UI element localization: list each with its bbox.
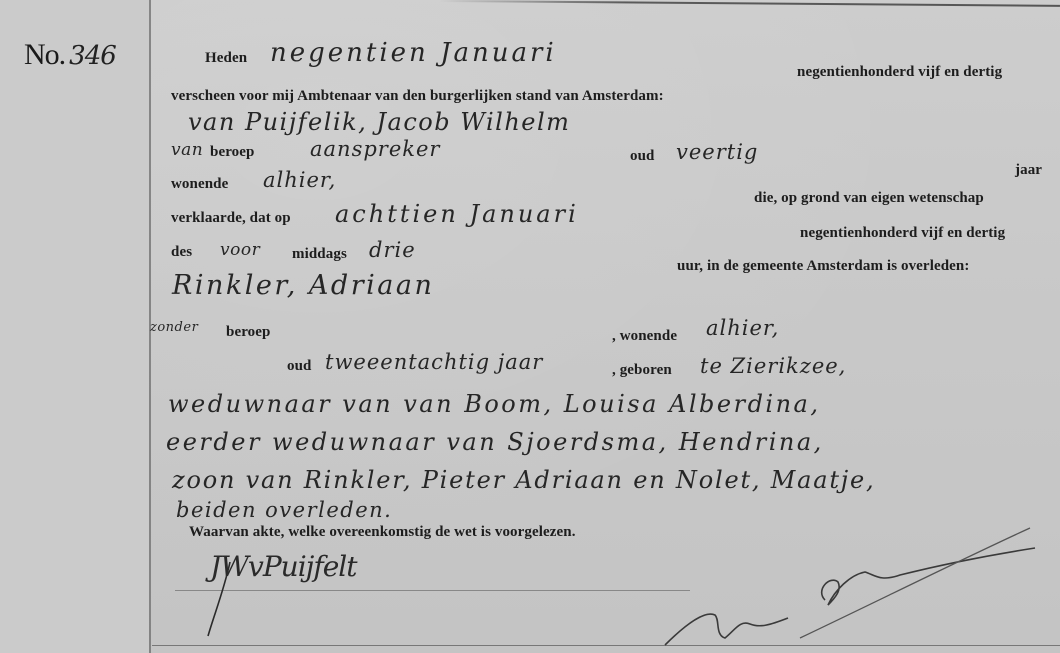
handwritten-registration-date: negentien Januari (270, 38, 557, 68)
registrar-signature-icon (660, 520, 1060, 650)
printed-beroep-2: beroep (226, 324, 271, 341)
handwritten-occupation: aanspreker (310, 137, 440, 161)
left-margin-column (0, 0, 149, 653)
printed-year-1: negentienhonderd vijf en dertig (797, 64, 1002, 81)
handwritten-declarant-age: veertig (676, 140, 758, 164)
act-number-label: No. (24, 38, 65, 71)
handwritten-previously-widower-of: eerder weduwnaar van Sjoerdsma, Hendrina… (166, 428, 824, 456)
handwritten-deceased-residence: alhier, (706, 316, 779, 340)
printed-appearance-clause: verscheen voor mij Ambtenaar van den bur… (171, 88, 664, 105)
handwritten-deceased-name: Rinkler, Adriaan (172, 270, 434, 301)
handwritten-son-of: zoon van Rinkler, Pieter Adriaan en Nole… (172, 466, 875, 494)
signature-flourish-icon (200, 560, 240, 640)
printed-beroep: beroep (210, 144, 255, 161)
printed-heden: Heden (205, 50, 247, 67)
handwritten-both-deceased: beiden overleden. (176, 498, 392, 522)
handwritten-widower-of: weduwnaar van van Boom, Louisa Alberdina… (168, 390, 821, 418)
handwritten-declarant-name: van Puijfelik, Jacob Wilhelm (188, 108, 570, 136)
printed-oud: oud (630, 148, 655, 165)
signature-rule (175, 590, 690, 591)
handwritten-voor: voor (220, 240, 260, 260)
printed-place-of-death: uur, in de gemeente Amsterdam is overled… (677, 258, 969, 275)
act-number: No.346 (24, 38, 116, 72)
handwritten-death-date: achttien Januari (335, 200, 579, 228)
printed-oud-2: oud (287, 358, 312, 375)
printed-geboren: , geboren (612, 362, 672, 379)
handwritten-hour: drie (369, 238, 416, 262)
printed-wonende: wonende (171, 176, 228, 193)
printed-own-knowledge: die, op grond van eigen wetenschap (754, 190, 984, 207)
top-rule (440, 0, 1060, 7)
document-page: No.346 Heden negentien Januari negentien… (0, 0, 1060, 653)
act-number-value: 346 (69, 41, 116, 71)
printed-jaar: jaar (1015, 162, 1042, 179)
printed-des: des (171, 244, 192, 261)
handwritten-van-prefix: van (171, 140, 203, 160)
handwritten-deceased-age: tweeentachtig jaar (325, 350, 543, 374)
printed-verklaarde: verklaarde, dat op (171, 210, 291, 227)
handwritten-zonder: zonder (150, 320, 198, 335)
printed-middags: middags (292, 246, 347, 263)
printed-closing-clause: Waarvan akte, welke overeenkomstig de we… (189, 524, 576, 541)
handwritten-birthplace: te Zierikzee, (700, 354, 846, 378)
printed-wonende-2: , wonende (612, 328, 677, 345)
printed-year-2: negentienhonderd vijf en dertig (800, 225, 1005, 242)
handwritten-declarant-residence: alhier, (263, 168, 336, 192)
